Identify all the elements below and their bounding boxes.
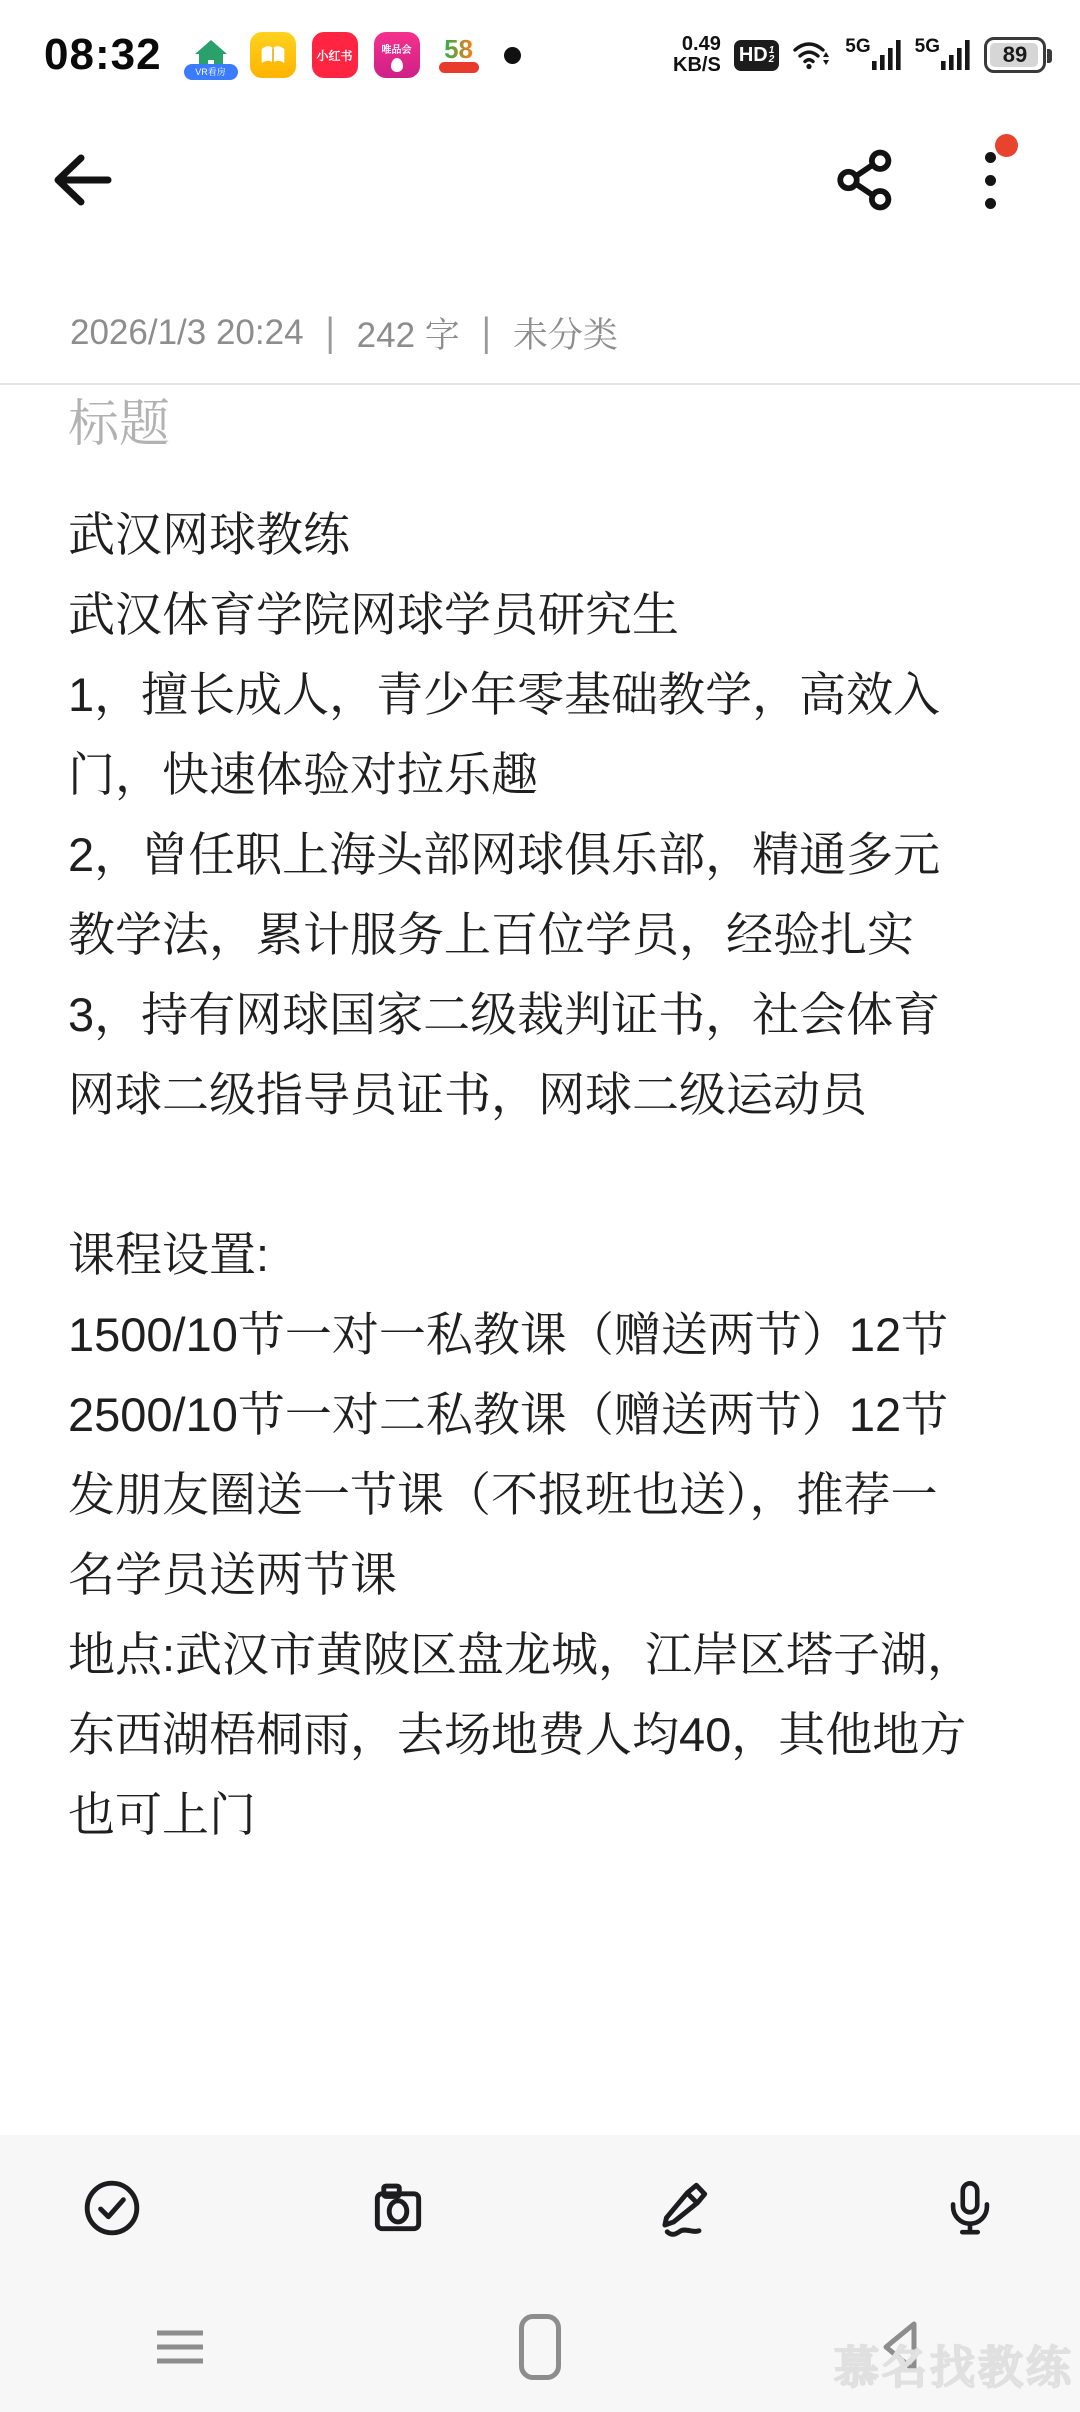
- microphone-icon: [941, 2179, 999, 2237]
- network-speed-unit: KB/S: [673, 55, 721, 76]
- note-line: 名学员送两节课: [68, 1535, 1020, 1615]
- note-category: 未分类: [513, 308, 618, 358]
- note-line: 发朋友圈送一节课（不报班也送），推荐一: [68, 1455, 1020, 1535]
- sim2-network-label: 5G: [915, 40, 940, 54]
- battery-icon: 89: [984, 37, 1046, 73]
- note-line: 东西湖梧桐雨，去场地费人均40，其他地方: [68, 1695, 1020, 1775]
- note-title-input[interactable]: 标题: [68, 393, 1020, 455]
- note-line: 2，曾任职上海头部网球俱乐部，精通多元: [68, 815, 1020, 895]
- signal-bars-icon: [872, 40, 902, 70]
- note-line: 教学法，累计服务上百位学员，经验扎实: [68, 895, 1020, 975]
- nav-menu-button[interactable]: [0, 2329, 360, 2365]
- note-line: 地点:武汉市黄陂区盘龙城，江岸区塔子湖，: [68, 1615, 1020, 1695]
- home-rect-icon: [519, 2314, 561, 2380]
- hd-sub: 2: [769, 55, 775, 64]
- status-right-cluster: 0.49 KB/S HD 1 2 5G: [673, 34, 1046, 76]
- note-line: 武汉网球教练: [68, 495, 1020, 575]
- open-book-icon: [257, 39, 289, 71]
- meta-separator: |: [482, 310, 491, 356]
- check-circle-icon: [81, 2177, 143, 2239]
- note-line: 2500/10节一对二私教课（赠送两节）12节: [68, 1375, 1020, 1455]
- 58-label: 58: [444, 37, 473, 61]
- doodle-button[interactable]: [652, 2176, 716, 2240]
- vipshop-app-icon: 唯品会: [374, 32, 420, 78]
- status-time: 08:32: [44, 30, 162, 80]
- voice-button[interactable]: [938, 2176, 1002, 2240]
- note-header: [0, 96, 1080, 264]
- signal-sim2-icon: 5G: [915, 40, 971, 70]
- network-speed-value: 0.49: [682, 34, 721, 55]
- note-line: 3，持有网球国家二级裁判证书，社会体育: [68, 975, 1020, 1055]
- signal-sim1-icon: 5G: [845, 40, 901, 70]
- wifi-icon: [792, 39, 832, 71]
- menu-lines-icon: [157, 2329, 203, 2365]
- beike-vr-app-icon: VR看房: [188, 32, 234, 78]
- status-bar: 08:32 VR看房 小红书 唯品会: [0, 0, 1080, 96]
- note-line: 课程设置:: [68, 1215, 1020, 1295]
- xiaohongshu-app-icon: 小红书: [312, 32, 358, 78]
- note-datetime: 2026/1/3 20:24: [70, 313, 304, 353]
- note-line: 网球二级指导员证书，网球二级运动员: [68, 1055, 1020, 1135]
- note-line: 武汉体育学院网球学员研究生: [68, 575, 1020, 655]
- note-body-text[interactable]: 武汉网球教练武汉体育学院网球学员研究生1，擅长成人，青少年零基础教学，高效入门，…: [68, 495, 1020, 1855]
- notification-icons: VR看房 小红书 唯品会 58: [188, 32, 521, 78]
- volte-hd-icon: HD 1 2: [734, 40, 779, 71]
- editor-toolbar: [0, 2135, 1080, 2281]
- hd-label: HD: [739, 44, 768, 67]
- note-line: 1，擅长成人，青少年零基础教学，高效入: [68, 655, 1020, 735]
- notification-badge-dot: [995, 134, 1018, 157]
- pen-icon: [653, 2177, 715, 2239]
- meta-separator: |: [326, 310, 335, 356]
- note-word-count: 242 字: [357, 308, 460, 358]
- note-line: 门，快速体验对拉乐趣: [68, 735, 1020, 815]
- sim1-network-label: 5G: [845, 40, 870, 54]
- more-menu-icon[interactable]: [970, 142, 1010, 218]
- vipshop-label: 唯品会: [382, 41, 412, 56]
- note-line: 也可上门: [68, 1775, 1020, 1855]
- 58-ribbon-icon: [439, 62, 479, 73]
- header-actions: [832, 142, 1010, 218]
- camera-button[interactable]: [366, 2176, 430, 2240]
- watermark-text: 慕名找教练: [834, 2331, 1074, 2396]
- battery-percent: 89: [1003, 42, 1027, 68]
- book-app-icon: [250, 32, 296, 78]
- bottom-region: 慕名找教练: [0, 2135, 1080, 2412]
- nav-home-button[interactable]: [360, 2314, 720, 2380]
- share-icon[interactable]: [832, 147, 898, 213]
- hd-sim-numbers: 1 2: [769, 46, 775, 64]
- notification-dot-icon: [504, 47, 521, 64]
- vipshop-mascot-icon: [391, 58, 403, 72]
- back-icon[interactable]: [44, 143, 118, 217]
- note-editor[interactable]: 标题 武汉网球教练武汉体育学院网球学员研究生1，擅长成人，青少年零基础教学，高效…: [0, 385, 1080, 2135]
- beike-banner-label: VR看房: [184, 64, 238, 80]
- network-speed: 0.49 KB/S: [673, 34, 721, 76]
- note-line: [68, 1135, 1020, 1215]
- note-line: 1500/10节一对一私教课（赠送两节）12节: [68, 1295, 1020, 1375]
- notes-app-screen: 08:32 VR看房 小红书 唯品会: [0, 0, 1080, 2412]
- 58-app-icon: 58: [436, 32, 482, 78]
- xiaohongshu-label: 小红书: [317, 47, 353, 64]
- checklist-button[interactable]: [80, 2176, 144, 2240]
- camera-icon: [367, 2177, 429, 2239]
- note-meta: 2026/1/3 20:24 | 242 字 | 未分类: [70, 308, 618, 358]
- signal-bars-icon: [941, 40, 971, 70]
